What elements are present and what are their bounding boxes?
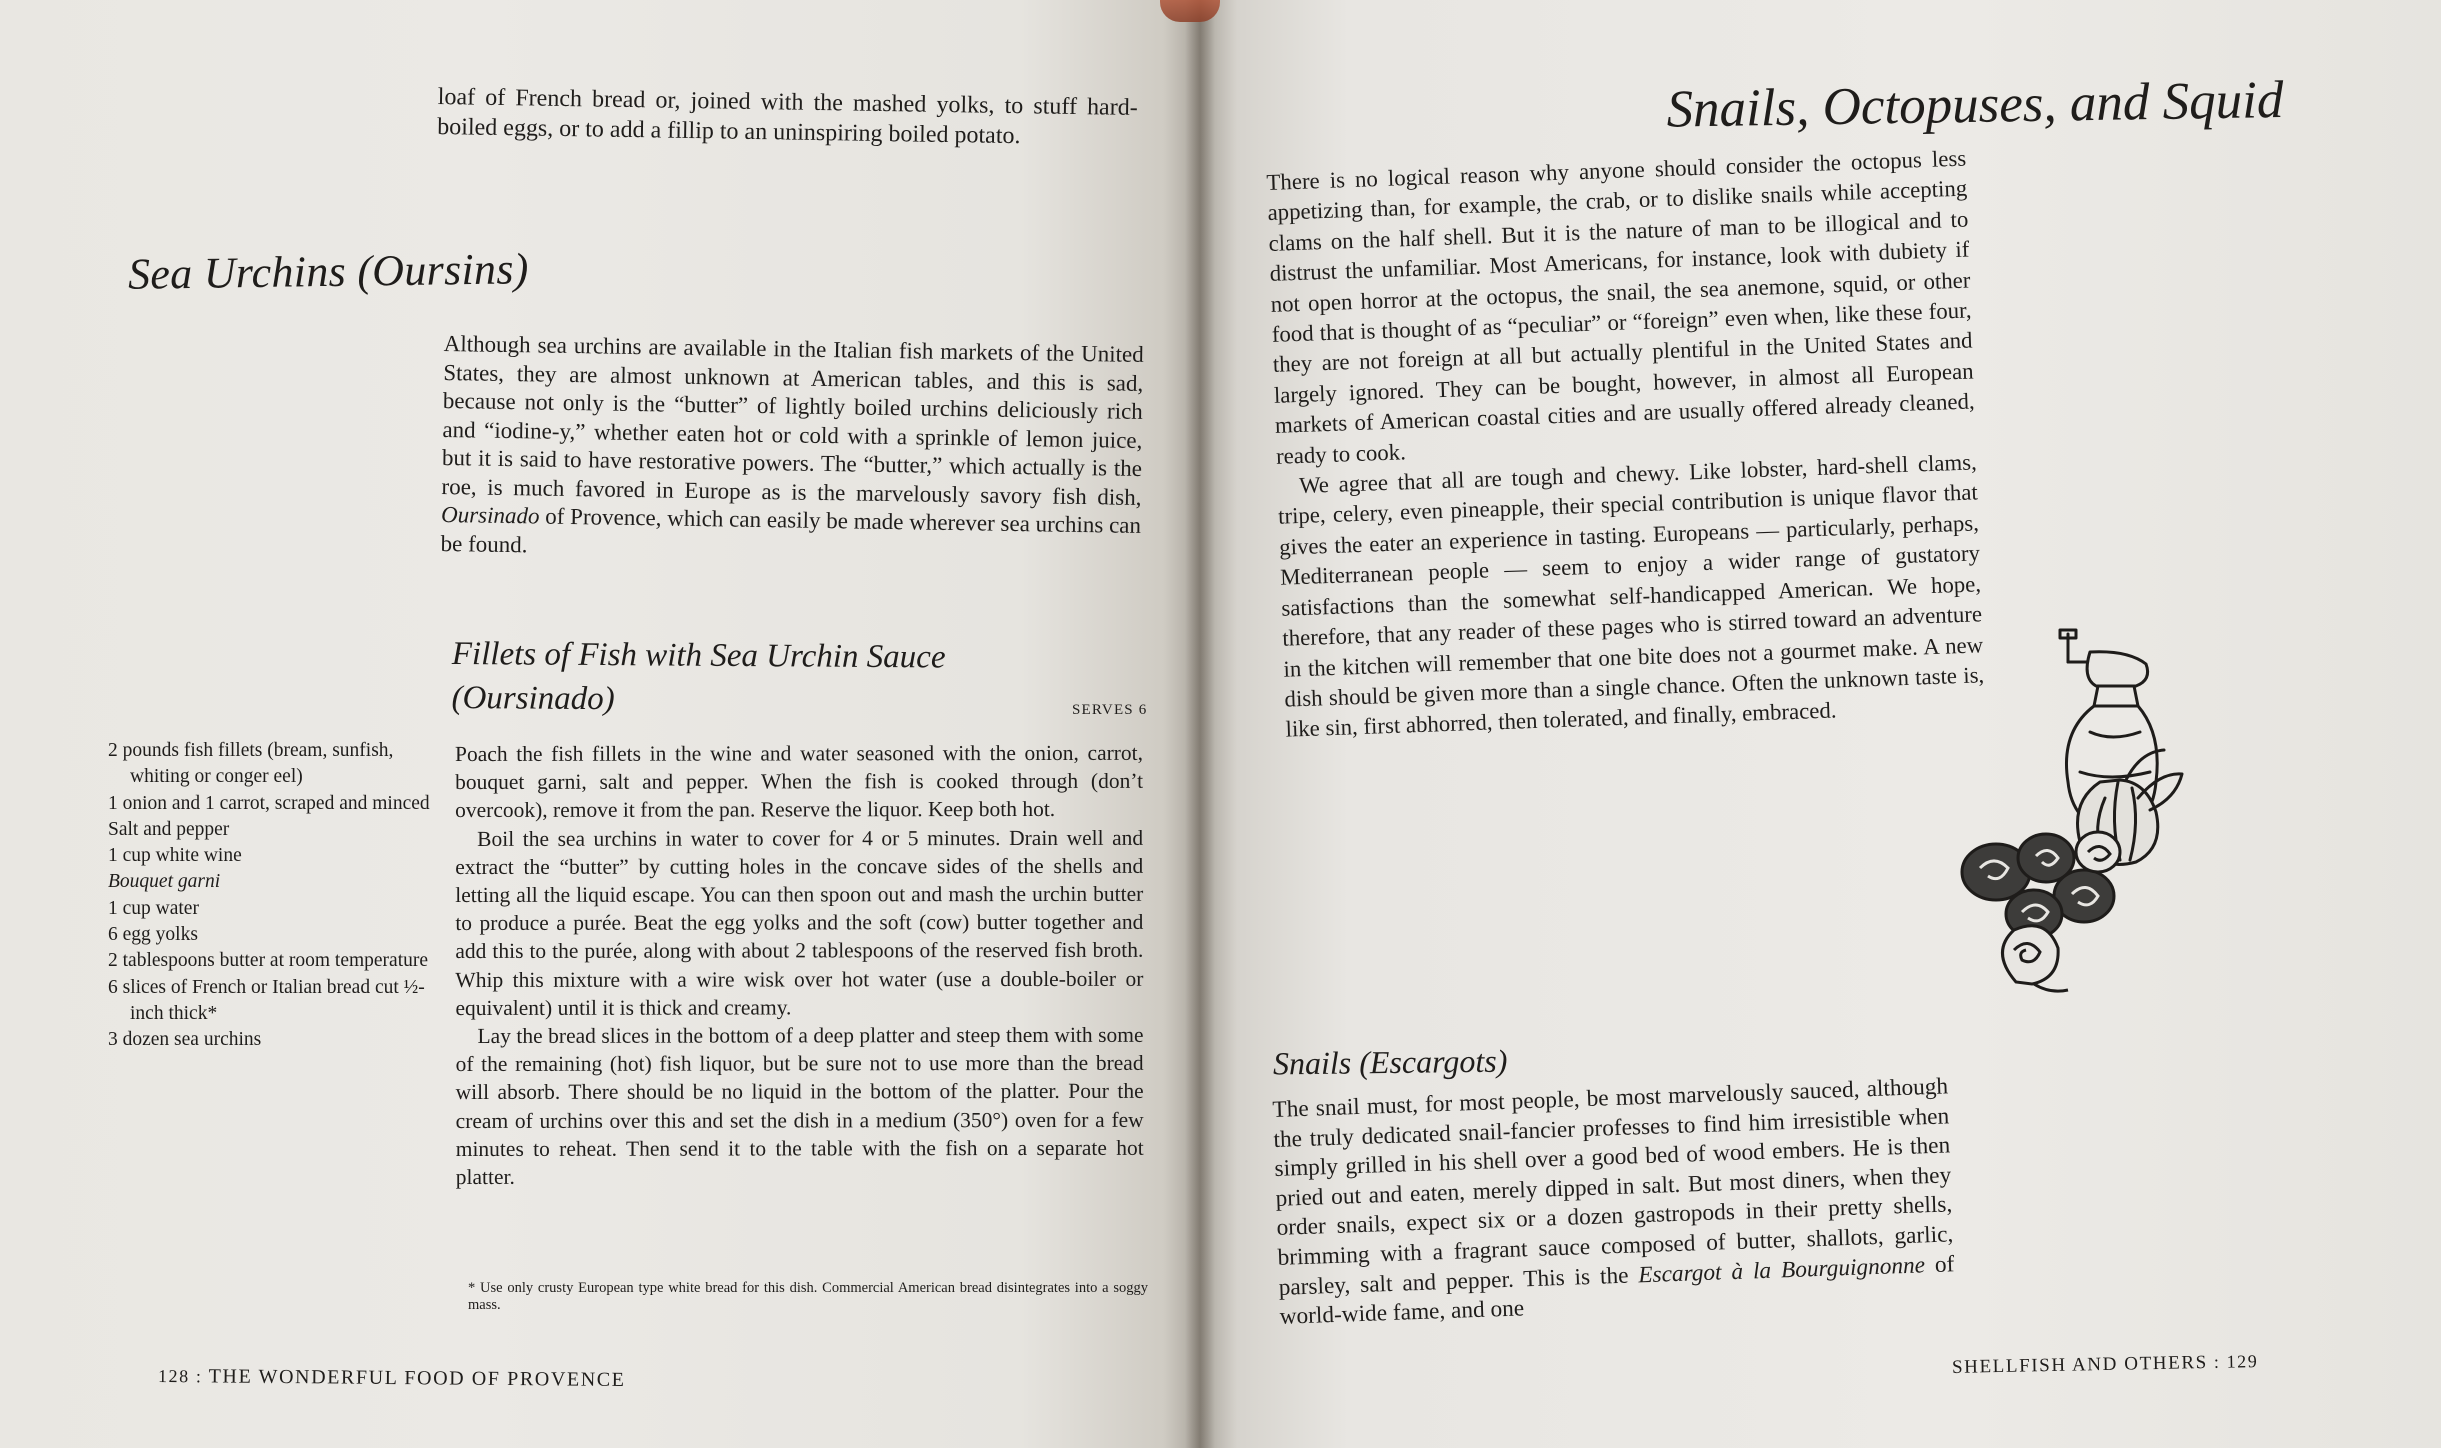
method-paragraph: Poach the fish fillets in the wine and w…	[455, 739, 1143, 825]
recipe-title-line1: Fillets of Fish with Sea Urchin Sauce	[452, 632, 1152, 681]
footer-separator: :	[2214, 1352, 2221, 1372]
recipe-method: Poach the fish fillets in the wine and w…	[455, 739, 1144, 1191]
left-page: loaf of French bread or, joined with the…	[0, 0, 1200, 1448]
intro-italic-dish: Oursinado	[441, 502, 540, 529]
intro-paragraph: We agree that all are tough and chewy. L…	[1277, 447, 1986, 745]
open-book-spread: loaf of French bread or, joined with the…	[0, 0, 2441, 1448]
page-number: 128	[158, 1366, 190, 1386]
section-title-snails: Snails (Escargots)	[1273, 1043, 1508, 1083]
section-name: SHELLFISH AND OTHERS	[1952, 1352, 2208, 1378]
left-page-footer: 128 : THE WONDERFUL FOOD OF PROVENCE	[158, 1365, 626, 1392]
ingredient-item: 6 egg yolks	[108, 922, 438, 948]
sea-urchin-intro-paragraph: Although sea urchins are available in th…	[440, 330, 1143, 569]
footnote: * Use only crusty European type white br…	[468, 1280, 1148, 1314]
intro-paragraph: There is no logical reason why anyone sh…	[1266, 144, 1976, 472]
book-cover-edge	[1160, 0, 1220, 22]
method-paragraph: Lay the bread slices in the bottom of a …	[455, 1021, 1143, 1191]
chapter-intro: There is no logical reason why anyone sh…	[1266, 144, 1986, 746]
method-paragraph: Boil the sea urchins in water to cover f…	[455, 823, 1143, 1022]
ingredient-item: 2 pounds fish fillets (bream, sunfish, w…	[108, 738, 438, 791]
chapter-title: Snails, Octopuses, and Squid	[1666, 70, 2284, 140]
footer-separator: :	[196, 1366, 203, 1386]
ingredient-item: 1 onion and 1 carrot, scraped and minced	[108, 791, 438, 817]
snails-italic-dish: Escargot à la Bourguignonne	[1638, 1252, 1926, 1288]
intro-text-part1: Although sea urchins are available in th…	[441, 331, 1144, 509]
ingredient-item: 6 slices of French or Italian bread cut …	[108, 975, 438, 1028]
ingredient-item: 1 cup water	[108, 896, 438, 922]
ingredient-list: 2 pounds fish fillets (bream, sunfish, w…	[108, 738, 438, 1054]
recipe-title-line2: (Oursinado)	[451, 676, 1151, 725]
ingredient-item: Bouquet garni	[108, 869, 438, 895]
ingredient-item: Salt and pepper	[108, 817, 438, 843]
book-title: THE WONDERFUL FOOD OF PROVENCE	[209, 1365, 626, 1391]
book-gutter	[1185, 0, 1215, 1448]
recipe-title: Fillets of Fish with Sea Urchin Sauce (O…	[451, 632, 1152, 725]
intro-text-part2: of Provence, which can easily be made wh…	[440, 504, 1141, 557]
snails-paragraph: The snail must, for most people, be most…	[1272, 1072, 1956, 1332]
ingredient-item: 1 cup white wine	[108, 843, 438, 869]
page-number: 129	[2226, 1351, 2258, 1372]
pepper-mill-snails-illustration	[1950, 622, 2230, 1012]
section-title-sea-urchins: Sea Urchins (Oursins)	[128, 243, 529, 300]
continuation-paragraph: loaf of French bread or, joined with the…	[437, 82, 1138, 153]
serves-label: SERVES 6	[1072, 702, 1148, 719]
snails-text: The snail must, for most people, be most…	[1272, 1072, 1956, 1332]
ingredient-item: 3 dozen sea urchins	[108, 1027, 438, 1053]
ingredient-item: 2 tablespoons butter at room temperature	[108, 948, 438, 974]
